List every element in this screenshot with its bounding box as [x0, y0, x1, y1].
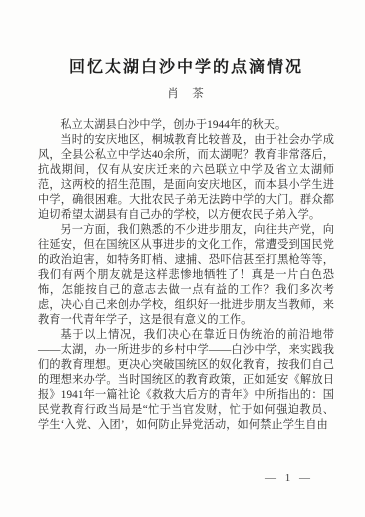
document-page: 回忆太湖白沙中学的点滴情况 肖 茶 私立太湖县白沙中学，创办于1944年的秋天。…	[0, 0, 365, 517]
body-paragraph: 基于以上情况，我们决心在靠近日伪统治的前沿地带——太湖，办一所进步的乡村中学——…	[38, 328, 334, 433]
body-paragraph: 当时的安庆地区，桐城教育比较普及，由于社会办学成风，全县公私立中学达40余所，而…	[38, 133, 334, 223]
page-content: 回忆太湖白沙中学的点滴情况 肖 茶 私立太湖县白沙中学，创办于1944年的秋天。…	[38, 58, 334, 433]
article-body: 私立太湖县白沙中学，创办于1944年的秋天。 当时的安庆地区，桐城教育比较普及，…	[38, 118, 334, 433]
author-name: 肖 茶	[38, 87, 334, 101]
page-number: — 1 —	[265, 472, 313, 484]
body-paragraph: 私立太湖县白沙中学，创办于1944年的秋天。	[38, 118, 334, 133]
body-paragraph: 另一方面，我们熟悉的不少进步朋友，向往共产党，向往延安，但在国统区从事进步的文化…	[38, 223, 334, 328]
article-title: 回忆太湖白沙中学的点滴情况	[38, 58, 334, 78]
